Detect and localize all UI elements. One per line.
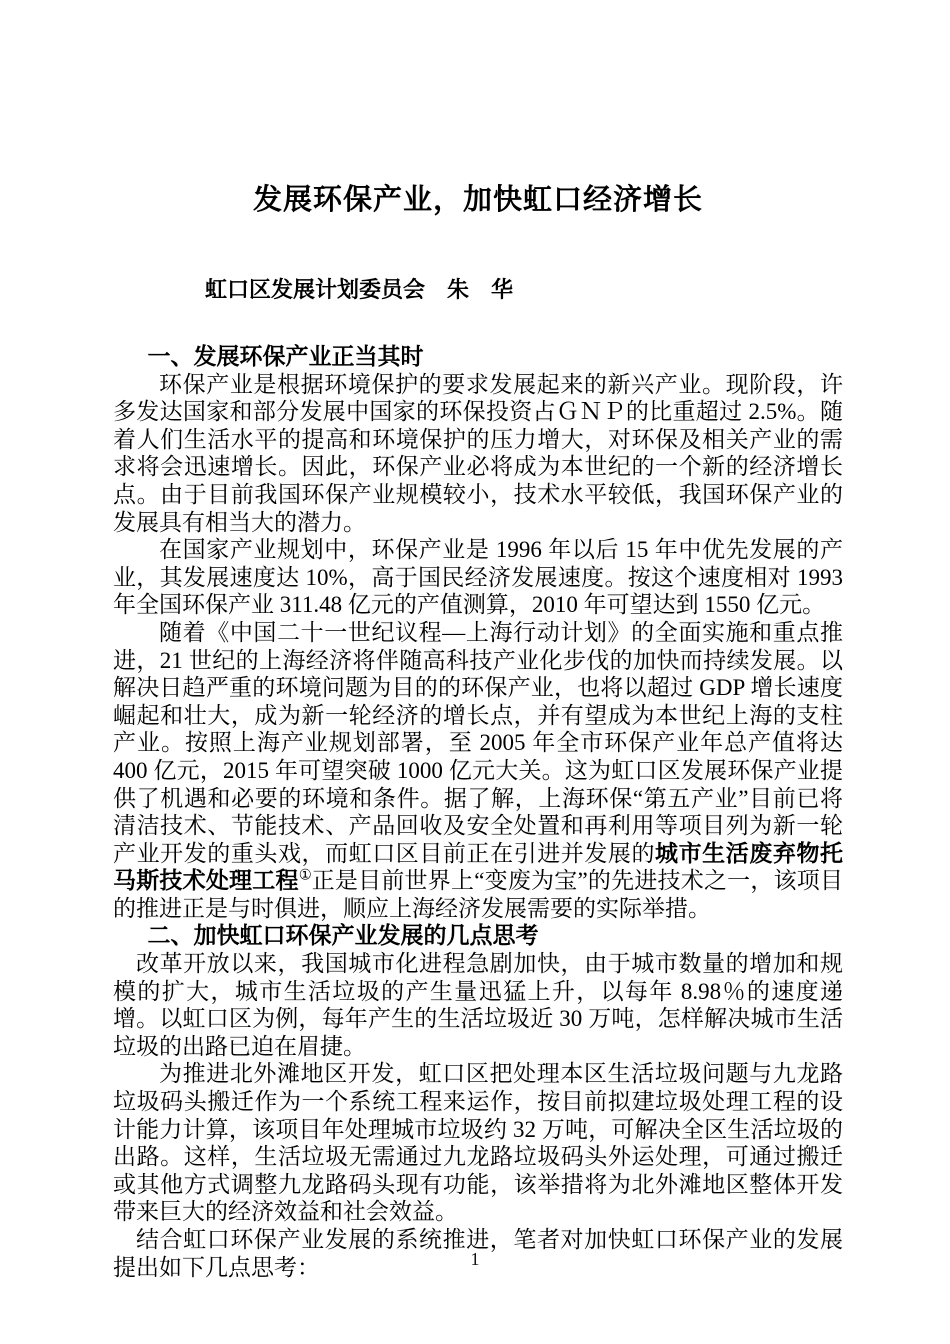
author-line: 虹口区发展计划委员会 朱 华: [205, 277, 843, 303]
document-title: 发展环保产业，加快虹口经济增长: [113, 183, 843, 217]
section-1-paragraph-3: 随着《中国二十一世纪议程—上海行动计划》的全面实施和重点推进，21 世纪的上海经…: [113, 619, 843, 923]
section-1-heading: 一、发展环保产业正当其时: [113, 343, 843, 371]
section-2-paragraph-2: 为推进北外滩地区开发，虹口区把处理本区生活垃圾问题与九龙路垃圾码头搬迁作为一个系…: [113, 1060, 843, 1226]
section-1-paragraph-1: 环保产业是根据环境保护的要求发展起来的新兴产业。现阶段，许多发达国家和部分发展中…: [113, 371, 843, 537]
footnote-marker: ①: [299, 868, 312, 884]
page-number: 1: [0, 1249, 950, 1270]
section-1-paragraph-2: 在国家产业规划中，环保产业是 1996 年以后 15 年中优先发展的产业，其发展…: [113, 536, 843, 619]
document-page: 发展环保产业，加快虹口经济增长 虹口区发展计划委员会 朱 华 一、发展环保产业正…: [0, 0, 950, 1344]
section-2-paragraph-1: 改革开放以来，我国城市化进程急剧加快，由于城市数量的增加和规模的扩大，城市生活垃…: [113, 950, 843, 1060]
document-body: 一、发展环保产业正当其时 环保产业是根据环境保护的要求发展起来的新兴产业。现阶段…: [113, 343, 843, 1281]
paragraph-text: 随着《中国二十一世纪议程—上海行动计划》的全面实施和重点推进，21 世纪的上海经…: [113, 620, 843, 866]
section-2-heading: 二、加快虹口环保产业发展的几点思考: [113, 922, 843, 950]
